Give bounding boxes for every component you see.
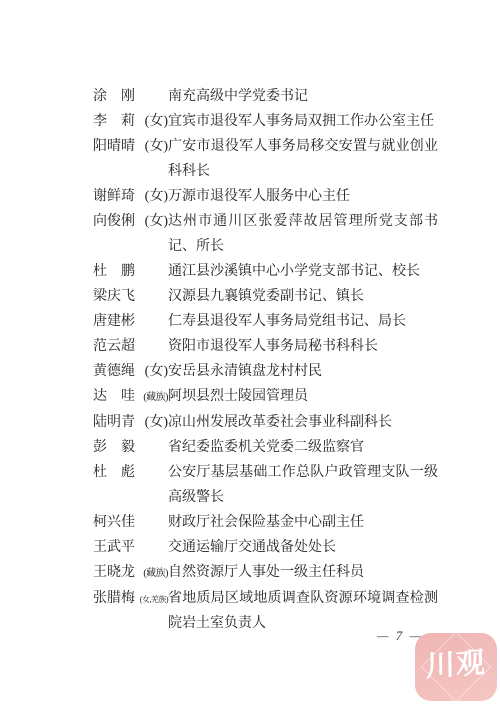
person-name: 涂 刚 — [93, 84, 168, 109]
person-position: 宜宾市退役军人事务局双拥工作办公室主任 — [168, 109, 438, 134]
chuanguan-logo-text: 川观 — [426, 648, 486, 685]
chuanguan-watermark-logo: 川观 — [415, 633, 497, 701]
person-name: 范云超 — [93, 334, 168, 359]
person-name: 梁庆飞 — [93, 284, 168, 309]
person-position: 南充高级中学党委书记 — [168, 84, 438, 109]
person-name-text: 柯兴佳 — [93, 510, 135, 535]
person-position: 交通运输厅交通战备处处长 — [168, 535, 438, 560]
person-name-text: 向俊俐 — [93, 209, 135, 234]
person-name: 王武平 — [93, 535, 168, 560]
person-position: 阿坝县烈士陵园管理员 — [168, 384, 438, 409]
person-name: 张腊梅 (女,羌族) — [93, 586, 168, 612]
person-position: 通江县沙溪镇中心小学党支部书记、校长 — [168, 259, 438, 284]
list-item: 黄德绳 (女) 安岳县永清镇盘龙村村民 — [93, 359, 438, 384]
person-name-text: 杜 彪 — [93, 460, 135, 485]
person-name: 李 莉 (女) — [93, 109, 168, 134]
person-position: 财政厅社会保险基金中心副主任 — [168, 510, 438, 535]
list-item: 梁庆飞 汉源县九襄镇党委副书记、镇长 — [93, 284, 438, 309]
person-name-text: 王晓龙 — [93, 560, 135, 585]
person-name: 向俊俐 (女) — [93, 209, 168, 234]
person-name: 谢鲜琦 (女) — [93, 184, 168, 209]
person-annotation: (女) — [145, 209, 168, 234]
person-annotation: (女) — [145, 410, 168, 435]
list-item: 王晓龙 (藏族) 自然资源厅人事处一级主任科员 — [93, 560, 438, 586]
list-item: 唐建彬 仁寿县退役军人事务局党组书记、局长 — [93, 309, 438, 334]
list-item: 达 哇 (藏族) 阿坝县烈士陵园管理员 — [93, 384, 438, 410]
person-name-text: 王武平 — [93, 535, 135, 560]
person-name-text: 黄德绳 — [93, 359, 135, 384]
list-item: 涂 刚 南充高级中学党委书记 — [93, 84, 438, 109]
person-name: 柯兴佳 — [93, 510, 168, 535]
person-name-text: 张腊梅 — [93, 586, 135, 611]
list-item: 范云超 资阳市退役军人事务局秘书科科长 — [93, 334, 438, 359]
person-name: 王晓龙 (藏族) — [93, 560, 168, 586]
list-item: 杜 彪 公安厅基层基础工作总队户政管理支队一级高级警长 — [93, 460, 438, 510]
person-name-text: 彭 毅 — [93, 435, 135, 460]
person-name-text: 范云超 — [93, 334, 135, 359]
list-item: 王武平 交通运输厅交通战备处处长 — [93, 535, 438, 560]
list-item: 李 莉 (女) 宜宾市退役军人事务局双拥工作办公室主任 — [93, 109, 438, 134]
person-position: 省纪委监委机关党委二级监察官 — [168, 435, 438, 460]
person-annotation: (女,羌族) — [140, 587, 168, 612]
person-name-text: 唐建彬 — [93, 309, 135, 334]
person-name-text: 达 哇 — [93, 384, 135, 409]
person-name-text: 谢鲜琦 — [93, 184, 135, 209]
person-position: 达州市通川区张爱萍故居管理所党支部书记、所长 — [168, 209, 438, 259]
person-name: 彭 毅 — [93, 435, 168, 460]
person-annotation: (女) — [145, 134, 168, 159]
person-position: 自然资源厅人事处一级主任科员 — [168, 560, 438, 585]
person-name: 阳晴晴 (女) — [93, 134, 168, 159]
person-position: 广安市退役军人事务局移交安置与就业创业科科长 — [168, 134, 438, 184]
person-name: 唐建彬 — [93, 309, 168, 334]
list-item: 向俊俐 (女) 达州市通川区张爱萍故居管理所党支部书记、所长 — [93, 209, 438, 259]
list-item: 杜 鹏 通江县沙溪镇中心小学党支部书记、校长 — [93, 259, 438, 284]
list-item: 谢鲜琦 (女) 万源市退役军人服务中心主任 — [93, 184, 438, 209]
person-name: 陆明青 (女) — [93, 410, 168, 435]
person-name-text: 阳晴晴 — [93, 134, 135, 159]
person-position: 仁寿县退役军人事务局党组书记、局长 — [168, 309, 438, 334]
person-position: 万源市退役军人服务中心主任 — [168, 184, 438, 209]
list-item: 柯兴佳 财政厅社会保险基金中心副主任 — [93, 510, 438, 535]
person-name: 黄德绳 (女) — [93, 359, 168, 384]
person-annotation: (女) — [145, 184, 168, 209]
person-position: 凉山州发展改革委社会事业科副科长 — [168, 410, 438, 435]
person-position: 汉源县九襄镇党委副书记、镇长 — [168, 284, 438, 309]
person-annotation: (藏族) — [143, 385, 168, 410]
person-annotation: (女) — [145, 359, 168, 384]
list-item: 阳晴晴 (女) 广安市退役军人事务局移交安置与就业创业科科长 — [93, 134, 438, 184]
commendation-list: 涂 刚 南充高级中学党委书记 李 莉 (女) 宜宾市退役军人事务局双拥工作办公室… — [93, 84, 438, 636]
person-annotation: (女) — [145, 109, 168, 134]
person-name: 达 哇 (藏族) — [93, 384, 168, 410]
person-position: 公安厅基层基础工作总队户政管理支队一级高级警长 — [168, 460, 438, 510]
person-name-text: 涂 刚 — [93, 84, 135, 109]
person-name-text: 陆明青 — [93, 410, 135, 435]
document-page: 涂 刚 南充高级中学党委书记 李 莉 (女) 宜宾市退役军人事务局双拥工作办公室… — [0, 0, 500, 707]
person-name: 杜 彪 — [93, 460, 168, 485]
list-item: 陆明青 (女) 凉山州发展改革委社会事业科副科长 — [93, 410, 438, 435]
person-name-text: 杜 鹏 — [93, 259, 135, 284]
list-item: 彭 毅 省纪委监委机关党委二级监察官 — [93, 435, 438, 460]
person-name: 杜 鹏 — [93, 259, 168, 284]
person-name-text: 李 莉 — [93, 109, 135, 134]
person-name-text: 梁庆飞 — [93, 284, 135, 309]
person-position: 安岳县永清镇盘龙村村民 — [168, 359, 438, 384]
person-position: 资阳市退役军人事务局秘书科科长 — [168, 334, 438, 359]
person-annotation: (藏族) — [143, 561, 168, 586]
